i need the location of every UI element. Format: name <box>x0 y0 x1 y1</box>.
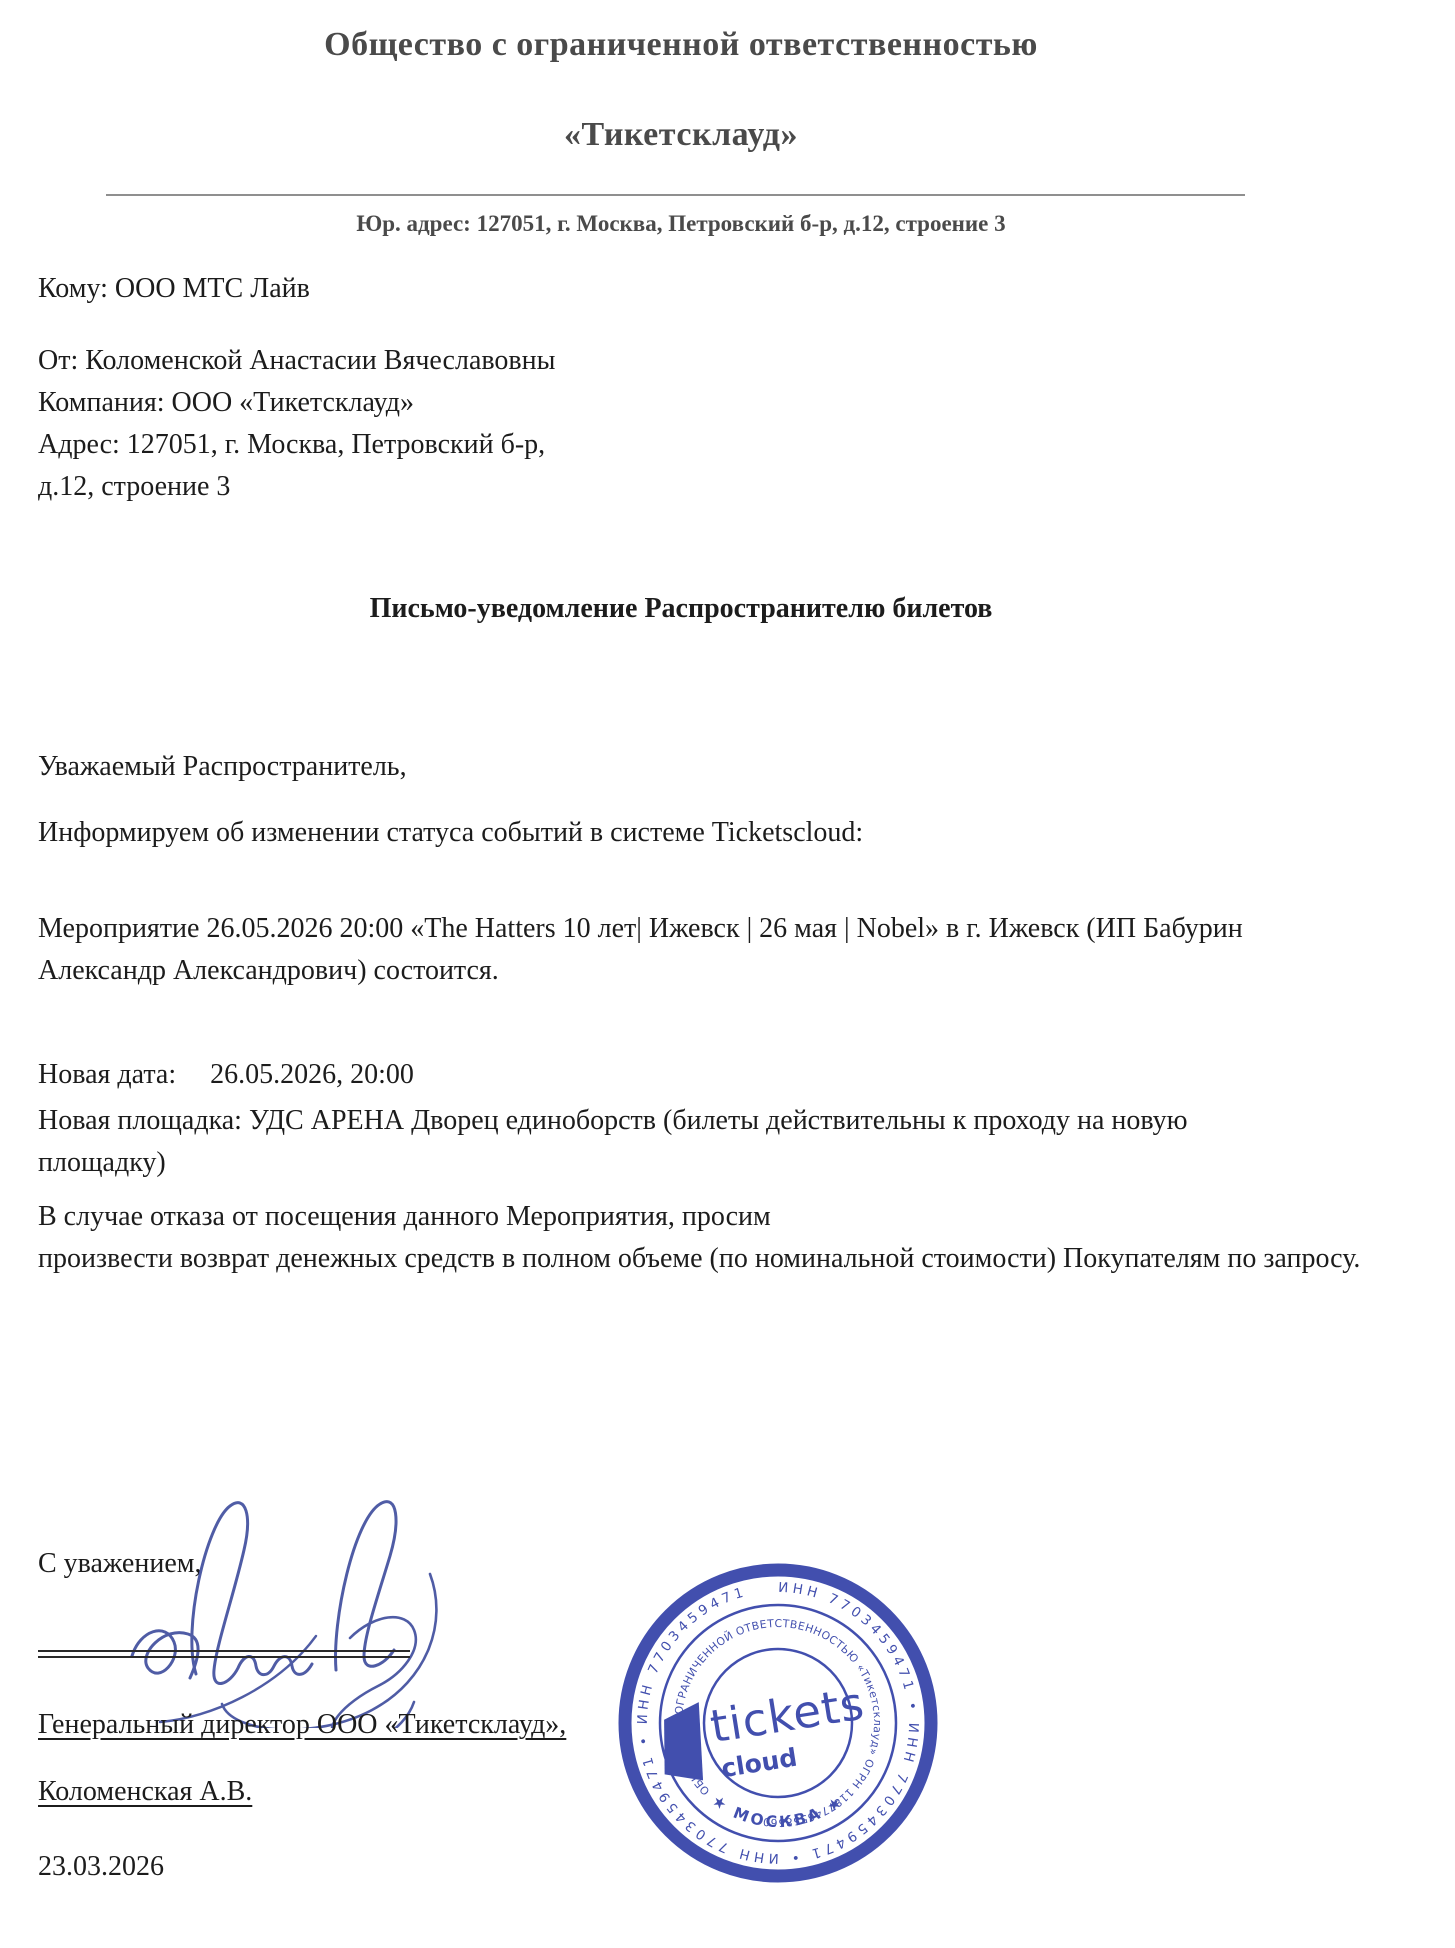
intro-line: Информируем об изменении статуса событий… <box>38 812 863 854</box>
event-info-paragraph: Мероприятие 26.05.2026 20:00 «The Hatter… <box>38 908 1288 992</box>
legal-address-line: Юр. адрес: 127051, г. Москва, Петровский… <box>35 209 1327 239</box>
sender-block: От: Коломенской Анастасии Вячеславовны К… <box>38 340 555 508</box>
signature-strokes <box>132 1502 436 1728</box>
org-type-heading: Общество с ограниченной ответственностью <box>35 22 1327 68</box>
letter-page: Общество с ограниченной ответственностью… <box>0 0 1455 1948</box>
sender-address-line2: д.12, строение 3 <box>38 466 555 508</box>
refund-line2: произвести возврат денежных средств в по… <box>38 1238 1433 1280</box>
new-date-value: 26.05.2026, 20:00 <box>210 1054 414 1096</box>
new-date-row: Новая дата: 26.05.2026, 20:00 <box>38 1054 414 1096</box>
org-name-heading: «Тикетсклауд» <box>35 112 1327 158</box>
letter-title: Письмо-уведомление Распространителю биле… <box>35 588 1327 630</box>
recipient-line: Кому: ООО МТС Лайв <box>38 268 310 310</box>
new-venue-paragraph: Новая площадка: УДС АРЕНА Дворец единобо… <box>38 1100 1278 1184</box>
signer-position-line: Генеральный директор ООО «Тикетсклауд», <box>38 1704 566 1746</box>
letterhead-divider <box>106 194 1245 196</box>
refund-line1: В случае отказа от посещения данного Мер… <box>38 1196 1433 1238</box>
company-stamp: ИНН 7703459471 • ИНН 7703459471 • ИНН 77… <box>611 1556 945 1890</box>
sender-address-line1: Адрес: 127051, г. Москва, Петровский б-р… <box>38 424 555 466</box>
refund-paragraph: В случае отказа от посещения данного Мер… <box>38 1196 1433 1280</box>
new-date-label: Новая дата: <box>38 1054 176 1096</box>
greeting-line: Уважаемый Распространитель, <box>38 746 407 788</box>
letter-date: 23.03.2026 <box>38 1846 164 1888</box>
signer-name-line: Коломенская А.В. <box>38 1771 252 1813</box>
signature-line <box>38 1650 410 1658</box>
stamp-logo-main-text: tickets <box>707 1677 869 1754</box>
sender-company-line: Компания: ООО «Тикетсклауд» <box>38 382 555 424</box>
handwritten-signature <box>100 1478 460 1728</box>
sender-from-line: От: Коломенской Анастасии Вячеславовны <box>38 340 555 382</box>
